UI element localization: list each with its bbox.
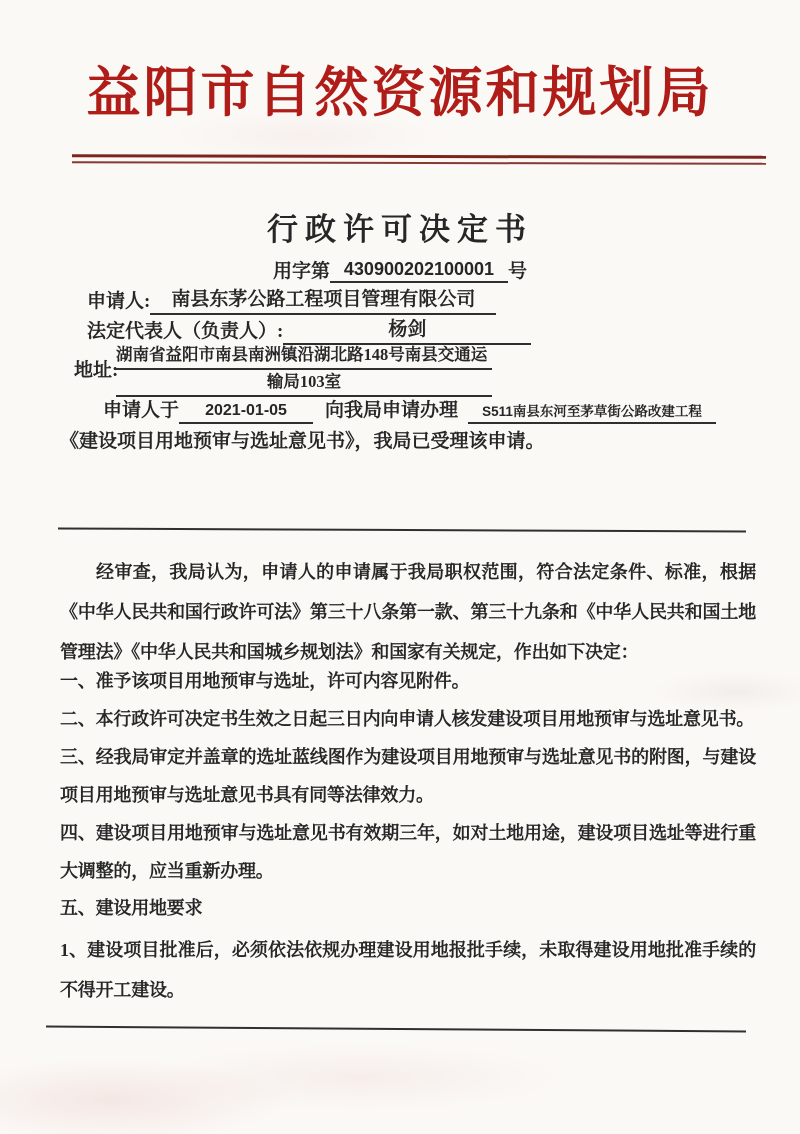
address-label: 地址: xyxy=(74,355,118,382)
project-name: S511南县东河至茅草街公路改建工程 xyxy=(468,400,716,424)
document-number-line: 用字第 430900202100001 号 xyxy=(0,256,800,283)
address-value: 湖南省益阳市南县南洲镇沿湖北路148号南县交通运 输局103室 xyxy=(116,344,492,397)
rule-bottom-line xyxy=(72,161,766,164)
scanned-document-page: 益阳市自然资源和规划局 行政许可决定书 用字第 430900202100001 … xyxy=(0,0,800,1134)
decision-item-1: 一、准予该项目用地预审与选址，许可内容见附件。 xyxy=(60,662,756,700)
application-date-row: 申请人于 2021-01-05 向我局申请办理 S511南县东河至茅草街公路改建… xyxy=(103,395,716,424)
application-date: 2021-01-05 xyxy=(179,402,313,424)
apply-prefix-label: 申请人于 xyxy=(103,395,179,424)
applicant-row: 申请人: 南县东茅公路工程项目管理有限公司 xyxy=(87,284,496,315)
decision-item-4: 四、建设项目用地预审与选址意见书有效期三年，如对土地用途，建设项目选址等进行重大… xyxy=(60,814,756,890)
decision-item-2: 二、本行政许可决定书生效之日起三日内向申请人核发建设项目用地预审与选址意见书。 xyxy=(60,700,756,738)
rule-top-line xyxy=(72,154,766,158)
section-divider-top xyxy=(58,527,746,532)
document-title: 行政许可决定书 xyxy=(0,204,800,249)
doc-number-value: 430900202100001 xyxy=(330,259,508,283)
address-line-2: 输局103室 xyxy=(116,371,492,397)
applicant-label: 申请人: xyxy=(87,286,150,315)
applicant-value: 南县东茅公路工程项目管理有限公司 xyxy=(150,284,496,315)
decision-item-3: 三、经我局审定并盖章的选址蓝线图作为建设项目用地预审与选址意见书的附图，与建设项… xyxy=(60,738,756,814)
section-divider-bottom xyxy=(46,1026,746,1033)
land-use-requirement-1: 1、建设项目批准后，必须依法依规办理建设用地报批手续，未取得建设用地批准手续的不… xyxy=(60,930,756,1010)
legal-rep-value: 杨剑 xyxy=(283,314,531,345)
section-five-heading: 五、建设用地要求 xyxy=(60,893,756,923)
doc-number-suffix: 号 xyxy=(508,256,527,283)
legal-rep-label: 法定代表人（负责人）: xyxy=(87,316,283,345)
apply-middle-label: 向我局申请办理 xyxy=(325,395,458,424)
acceptance-line: 《建设项目用地预审与选址意见书》，我局已受理该申请。 xyxy=(60,426,760,453)
agency-name-header: 益阳市自然资源和规划局 xyxy=(0,50,800,127)
decision-intro-paragraph: 经审查，我局认为，申请人的申请属于我局职权范围，符合法定条件、标准，根据《中华人… xyxy=(60,552,756,672)
doc-number-prefix: 用字第 xyxy=(273,256,330,283)
address-line-1: 湖南省益阳市南县南洲镇沿湖北路148号南县交通运 xyxy=(116,344,492,370)
header-double-rule xyxy=(72,154,766,164)
legal-representative-row: 法定代表人（负责人）: 杨剑 xyxy=(87,314,531,345)
